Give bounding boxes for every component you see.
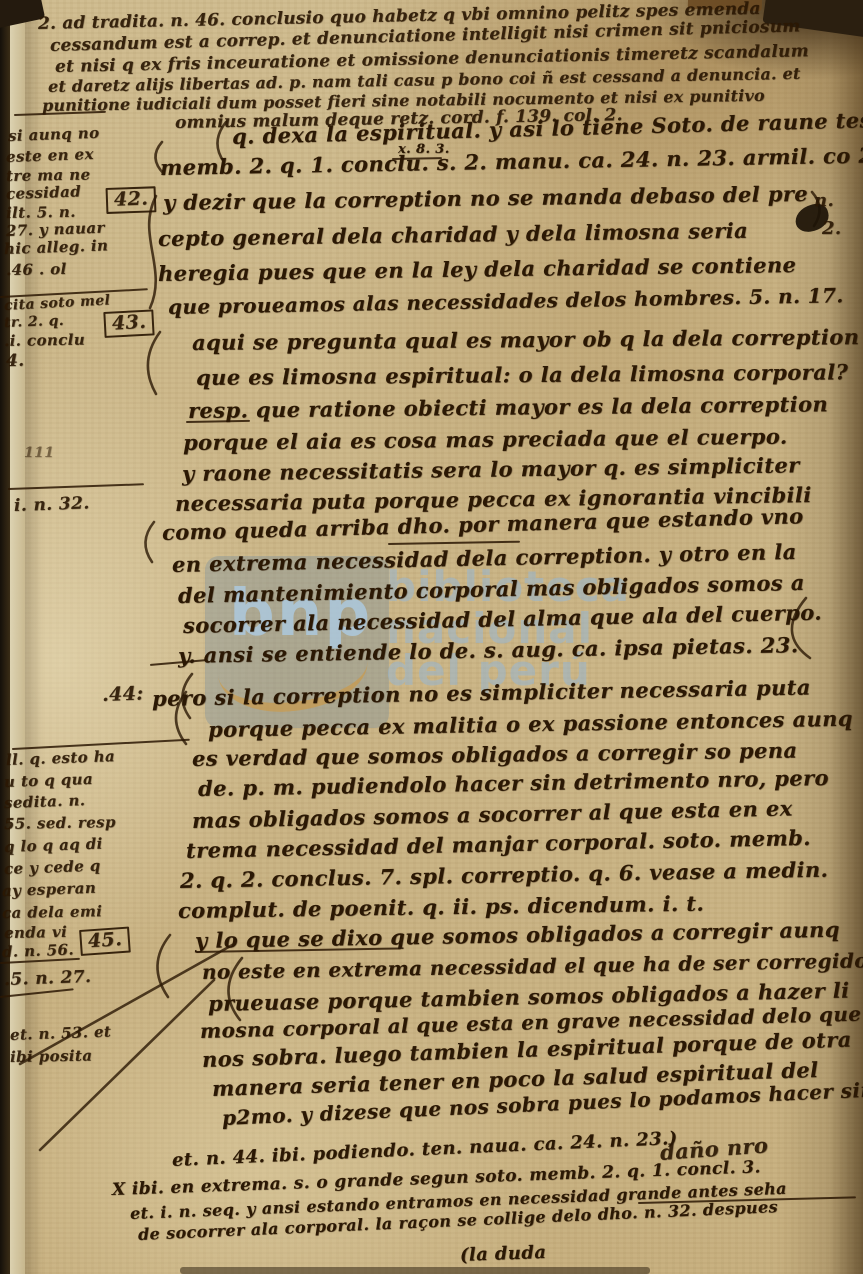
margin-note: si aunq no xyxy=(8,126,100,144)
manuscript-line: memb. 2. q. 1. conclu. s. 2. manu. ca. 2… xyxy=(160,144,863,178)
margin-note: 55. sed. resp xyxy=(4,815,116,832)
margin-note: d. n. 56. xyxy=(2,942,74,960)
margin-note: i. n. 32. xyxy=(14,495,90,515)
flourish-stroke xyxy=(145,522,154,562)
margin-note: enda vi xyxy=(4,925,67,941)
margin-note: 2. xyxy=(822,220,842,238)
margin-note: n. xyxy=(814,192,834,210)
margin-note: ay esperan xyxy=(2,881,97,899)
margin-note: .i. conclu xyxy=(4,333,85,349)
manuscript-line: heregia pues que en la ley dela charidad… xyxy=(158,254,797,284)
margin-note: q lo q aq di xyxy=(4,837,103,855)
margin-note: sedita. n. xyxy=(4,793,86,811)
manuscript-line: (la duda xyxy=(460,1244,547,1265)
margin-note: et. n. 53. et xyxy=(10,1024,112,1043)
margin-note: u to q qua xyxy=(4,772,94,790)
flourish-stroke xyxy=(149,196,156,308)
manuscript-line: trema necessidad del manjar corporal. so… xyxy=(186,827,811,861)
flourish-stroke xyxy=(157,935,170,997)
flourish-stroke xyxy=(148,332,160,394)
manuscript-line: y raone necessitatis sera lo mayor q. es… xyxy=(182,454,800,484)
margin-note: .46 . ol xyxy=(6,262,67,278)
manuscript-line: en extrema necessidad dela correption. y… xyxy=(172,541,797,575)
margin-note: hic alleg. in xyxy=(4,238,109,257)
margin-note: ca dela emi xyxy=(2,904,103,921)
manuscript-line: porque el aia es cosa mas preciada que e… xyxy=(183,426,788,453)
margin-note: .5. n. 27. xyxy=(4,969,92,989)
manuscript-page: bnp biblioteca nacional del perú 2. ad t… xyxy=(0,0,863,1274)
margin-note: ibi posita xyxy=(10,1049,93,1065)
manuscript-line: que es limosna espiritual: o la dela lim… xyxy=(196,361,848,388)
boxed-section-number: 43. xyxy=(103,309,155,338)
manuscript-line: y lo que se dixo que somos obligados a c… xyxy=(195,919,840,951)
manuscript-line: mas obligados somos a socorrer al que es… xyxy=(192,797,793,831)
margin-note: este en ex xyxy=(6,147,94,165)
margin-note: tr. 2. q. xyxy=(4,314,65,330)
margin-note: 4. xyxy=(6,353,25,370)
manuscript-line: cepto general dela charidad y dela limos… xyxy=(158,220,748,249)
bottom-edge-shadow xyxy=(180,1267,650,1274)
manuscript-line: aqui se pregunta qual es mayor ob q la d… xyxy=(192,326,860,353)
boxed-section-number: 45. xyxy=(79,927,131,956)
manuscript-line: 2. q. 2. conclus. 7. spl. correptio. q. … xyxy=(180,859,829,891)
margin-note: .44: xyxy=(102,685,144,705)
margin-note: ce y cede q xyxy=(4,859,101,877)
margin-note: ilt. 5. n. xyxy=(6,205,76,221)
manuscript-line: complut. de poenit. q. ii. ps. dicendum.… xyxy=(178,893,704,921)
manuscript-line: y dezir que la correption no se manda de… xyxy=(163,183,808,213)
margin-note: ll. q. esto ha xyxy=(6,749,116,768)
manuscript-line: de. p. m. pudiendolo hacer sin detriment… xyxy=(198,767,829,799)
boxed-section-number: 42. xyxy=(106,186,157,214)
margin-note: cessidad xyxy=(6,184,82,202)
manuscript-line: no este en extrema necessidad el que ha … xyxy=(202,950,863,982)
margin-note: 111 xyxy=(24,446,54,460)
manuscript-line: es verdad que somos obligados a corregir… xyxy=(192,740,798,769)
manuscript-line: resp. que ratione obiecti mayor es la de… xyxy=(188,393,828,421)
ink-rule xyxy=(8,483,144,490)
manuscript-line: que proueamos alas necessidades delos ho… xyxy=(168,285,844,317)
